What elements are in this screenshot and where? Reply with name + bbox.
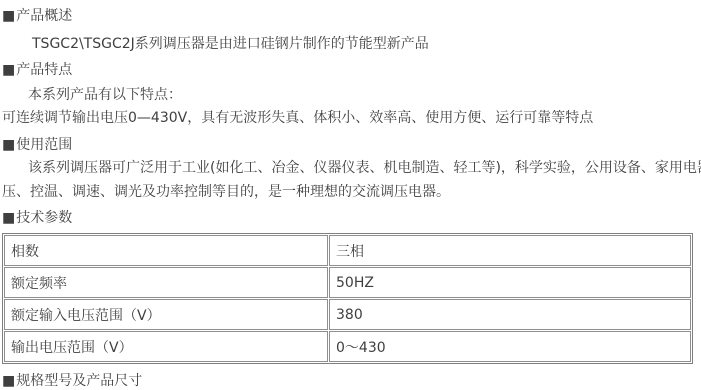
section-heading-features: ■产品特点 <box>2 62 701 78</box>
usage-text-line1: 该系列调压器可广泛用于工业(如化工、冶金、仪器仪表、机电制造、轻工等)，科学实验… <box>2 160 701 176</box>
table-row: 相数 三相 <box>4 235 691 266</box>
square-bullet-icon: ■ <box>2 62 15 78</box>
square-bullet-icon: ■ <box>2 373 15 389</box>
section-title-specs: 技术参数 <box>16 210 72 226</box>
features-intro-text: 本系列产品有以下特点： <box>2 87 701 103</box>
spec-value: 三相 <box>329 235 691 266</box>
section-title-features: 产品特点 <box>16 62 72 78</box>
table-row: 输出电压范围（V） 0～430 <box>4 331 691 362</box>
section-title-overview: 产品概述 <box>16 8 72 24</box>
table-row: 额定频率 50HZ <box>4 267 691 298</box>
spec-label: 输出电压范围（V） <box>4 331 328 362</box>
section-heading-usage: ■使用范围 <box>2 137 701 153</box>
spec-label: 额定频率 <box>4 267 328 298</box>
features-detail-text: 可连续调节输出电压0—430V，具有无波形失真、体积小、效率高、使用方便、运行可… <box>2 110 701 126</box>
section-title-usage: 使用范围 <box>16 137 72 153</box>
section-heading-models: ■规格型号及产品尺寸 <box>2 373 701 389</box>
spec-value: 0～430 <box>329 331 691 362</box>
product-description-page: ■产品概述 TSGC2\TSGC2J系列调压器是由进口硅钢片制作的节能型新产品 … <box>0 0 701 389</box>
section-heading-specs: ■技术参数 <box>2 210 701 226</box>
square-bullet-icon: ■ <box>2 8 15 24</box>
usage-text-line2: 压、控温、调速、调光及功率控制等目的，是一种理想的交流调压电器。 <box>2 184 701 200</box>
spec-label: 额定输入电压范围（V） <box>4 299 328 330</box>
table-row: 额定输入电压范围（V） 380 <box>4 299 691 330</box>
square-bullet-icon: ■ <box>2 210 15 226</box>
overview-text: TSGC2\TSGC2J系列调压器是由进口硅钢片制作的节能型新产品 <box>2 36 701 52</box>
spec-value: 50HZ <box>329 267 691 298</box>
square-bullet-icon: ■ <box>2 137 15 153</box>
spec-label: 相数 <box>4 235 328 266</box>
section-title-models: 规格型号及产品尺寸 <box>16 373 142 389</box>
specs-table: 相数 三相 额定频率 50HZ 额定输入电压范围（V） 380 输出电压范围（V… <box>2 233 693 364</box>
section-heading-overview: ■产品概述 <box>2 8 701 24</box>
spec-value: 380 <box>329 299 691 330</box>
